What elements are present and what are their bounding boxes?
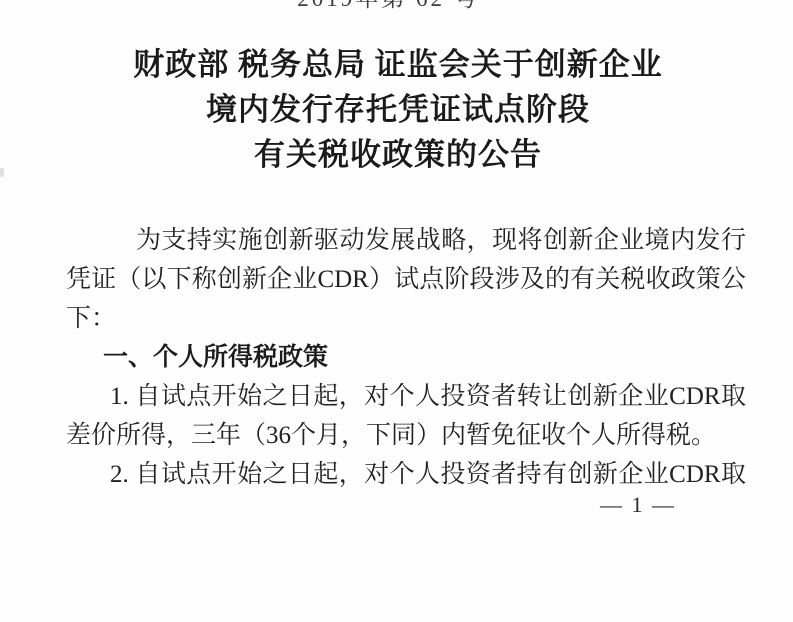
paragraph-line: 1. 自试点开始之日起，对个人投资者转让创新企业CDR取得的 — [66, 377, 746, 416]
paragraph-line: 凭证（以下称创新企业CDR）试点阶段涉及的有关税收政策公告如 — [66, 260, 746, 299]
title-line-1: 财政部 税务总局 证监会关于创新企业 — [56, 42, 740, 87]
document-title: 财政部 税务总局 证监会关于创新企业 境内发行存托凭证试点阶段 有关税收政策的公… — [56, 42, 740, 177]
issue-number-text: 2019年第 62 号 — [0, 0, 785, 11]
page-number: — 1 — — [600, 494, 676, 516]
issue-number-clipped-line: 2019年第 62 号 — [0, 0, 793, 11]
title-line-3: 有关税收政策的公告 — [56, 132, 740, 177]
paragraph-line: 差价所得，三年（36个月，下同）内暂免征收个人所得税。 — [66, 416, 746, 455]
title-line-2: 境内发行存托凭证试点阶段 — [56, 87, 740, 132]
document-body: 为支持实施创新驱动发展战略，现将创新企业境内发行存托 凭证（以下称创新企业CDR… — [66, 221, 746, 494]
paragraph-line: 为支持实施创新驱动发展战略，现将创新企业境内发行存托 — [66, 221, 746, 260]
scan-artifact — [0, 168, 4, 177]
paragraph-line: 2. 自试点开始之日起，对个人投资者持有创新企业CDR取得的 — [66, 455, 746, 494]
paragraph-line: 下： — [66, 299, 746, 338]
document-page: 2019年第 62 号 财政部 税务总局 证监会关于创新企业 境内发行存托凭证试… — [0, 0, 793, 622]
section-heading: 一、个人所得税政策 — [66, 338, 746, 377]
